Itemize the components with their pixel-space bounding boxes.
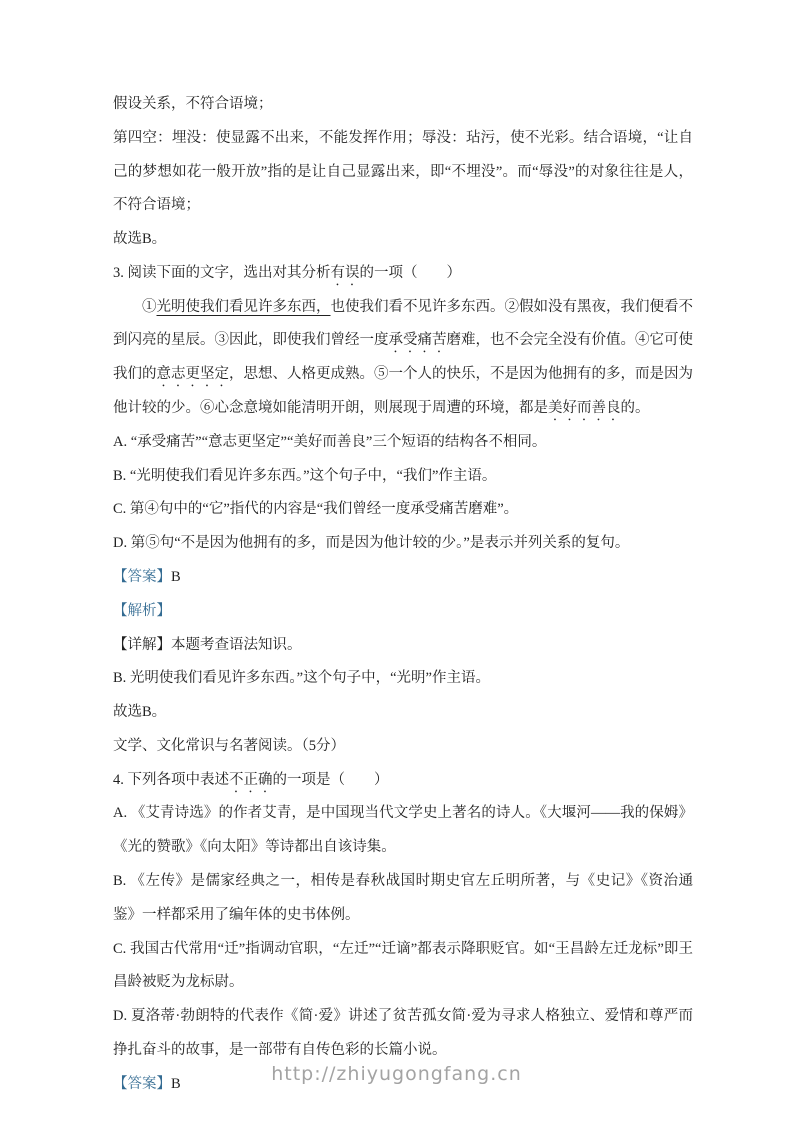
question-4-option-d: D. 夏洛蒂·勃朗特的代表作《简·爱》讲述了贫苦孤女简·爱为寻求人格独立、爱情和… — [113, 1000, 693, 1068]
question-3-analysis-label: 【解析】 — [113, 595, 693, 629]
analysis-fourth-blank: 第四空：埋没：使显露不出来，不能发挥作用；辱没：玷污，使不光彩。结合语境，“让自… — [113, 122, 693, 223]
conclusion-line: 故选B。 — [113, 223, 693, 257]
text-segment: 故选B。 — [113, 231, 166, 247]
conclusion-line: 故选B。 — [113, 696, 693, 730]
question-4-option-b: B. 《左传》是儒家经典之一，相传是春秋战国时期史官左丘明所著，与《史记》《资治… — [113, 865, 693, 933]
text-segment: C. 我国古代常用“迁”指调动官职，“左迁”“迁谪”都表示降职贬官。如“王昌龄左… — [113, 941, 693, 991]
question-3-option-c: C. 第④句中的“它”指代的内容是“我们曾经一度承受痛苦磨难”。 — [113, 493, 693, 527]
text-segment: 第四空：埋没：使显露不出来，不能发挥作用；辱没：玷污，使不光彩。结合语境，“让自… — [113, 130, 693, 214]
text-segment: 的一项（ ） — [360, 265, 462, 281]
text-segment: 【详解】本题考查语法知识。 — [113, 637, 302, 653]
text-segment: A. “承受痛苦”“意志更坚定”“美好而善良”三个短语的结构各不相同。 — [113, 434, 546, 450]
question-3-option-d: D. 第⑤句“不是因为他拥有的多，而是因为他计较的少。”是表示并列关系的复句。 — [113, 527, 693, 561]
analysis-continued-line: 假设关系，不符合语境； — [113, 88, 693, 122]
text-segment: 的。 — [621, 400, 650, 416]
text-segment: ① — [142, 299, 157, 315]
document-page: 假设关系，不符合语境；第四空：埋没：使显露不出来，不能发挥作用；辱没：玷污，使不… — [0, 0, 793, 1122]
text-segment: 故选B。 — [113, 704, 166, 720]
text-segment: D. 夏洛蒂·勃朗特的代表作《简·爱》讲述了贫苦孤女简·爱为寻求人格独立、爱情和… — [113, 1008, 693, 1058]
question-3-detail: 【详解】本题考查语法知识。 — [113, 629, 693, 663]
question-3-passage: ①光明使我们看见许多东西，也使我们看不见许多东西。②假如没有黑夜，我们便看不到闪… — [113, 291, 693, 426]
text-segment: 的一项是（ ） — [273, 772, 389, 788]
document-content: 假设关系，不符合语境；第四空：埋没：使显露不出来，不能发挥作用；辱没：玷污，使不… — [113, 88, 693, 1101]
text-segment: 假设关系，不符合语境； — [113, 96, 273, 112]
text-segment: D. 第⑤句“不是因为他拥有的多，而是因为他计较的少。”是表示并列关系的复句。 — [113, 535, 629, 551]
text-segment: 文学、文化常识与名著阅读。（5分） — [113, 738, 345, 754]
text-segment: C. 第④句中的“它”指代的内容是“我们曾经一度承受痛苦磨难”。 — [113, 501, 518, 517]
question-3-option-b: B. “光明使我们看见许多东西。”这个句子中，“我们”作主语。 — [113, 460, 693, 494]
bracket-label: 【答案】 — [113, 569, 171, 585]
text-segment: B — [171, 569, 181, 585]
text-segment: B. 光明使我们看见许多东西。”这个句子中，“光明”作主语。 — [113, 670, 490, 686]
emphasized-text: 承受痛苦 — [389, 332, 447, 348]
text-segment: 4. 下列各项中表述 — [113, 772, 229, 788]
emphasized-text: 美好而善良 — [548, 400, 621, 416]
bracket-label: 【解析】 — [113, 603, 171, 619]
question-4-stem: 4. 下列各项中表述不正确的一项是（ ） — [113, 764, 693, 798]
underlined-text: 光明使我们看见许多东西， — [157, 299, 331, 315]
question-4-option-a: A. 《艾青诗选》的作者艾青，是中国现当代文学史上著名的诗人。《大堰河——我的保… — [113, 797, 693, 865]
emphasized-text: 不正确 — [229, 772, 273, 788]
section-header: 文学、文化常识与名著阅读。（5分） — [113, 730, 693, 764]
watermark-url: http://zhiyugongfang.cn — [0, 1063, 793, 1085]
question-3-detail-b: B. 光明使我们看见许多东西。”这个句子中，“光明”作主语。 — [113, 662, 693, 696]
text-segment: B. “光明使我们看见许多东西。”这个句子中，“我们”作主语。 — [113, 468, 496, 484]
question-3-option-a: A. “承受痛苦”“意志更坚定”“美好而善良”三个短语的结构各不相同。 — [113, 426, 693, 460]
text-segment: B. 《左传》是儒家经典之一，相传是春秋战国时期史官左丘明所著，与《史记》《资治… — [113, 873, 693, 923]
emphasized-text: 意志更坚定 — [157, 366, 230, 382]
question-4-option-c: C. 我国古代常用“迁”指调动官职，“左迁”“迁谪”都表示降职贬官。如“王昌龄左… — [113, 933, 693, 1001]
question-3-answer: 【答案】B — [113, 561, 693, 595]
question-3-stem: 3. 阅读下面的文字，选出对其分析有误的一项（ ） — [113, 257, 693, 291]
text-segment: A. 《艾青诗选》的作者艾青，是中国现当代文学史上著名的诗人。《大堰河——我的保… — [113, 805, 693, 855]
emphasized-text: 有误 — [331, 265, 360, 281]
text-segment: 3. 阅读下面的文字，选出对其分析 — [113, 265, 331, 281]
